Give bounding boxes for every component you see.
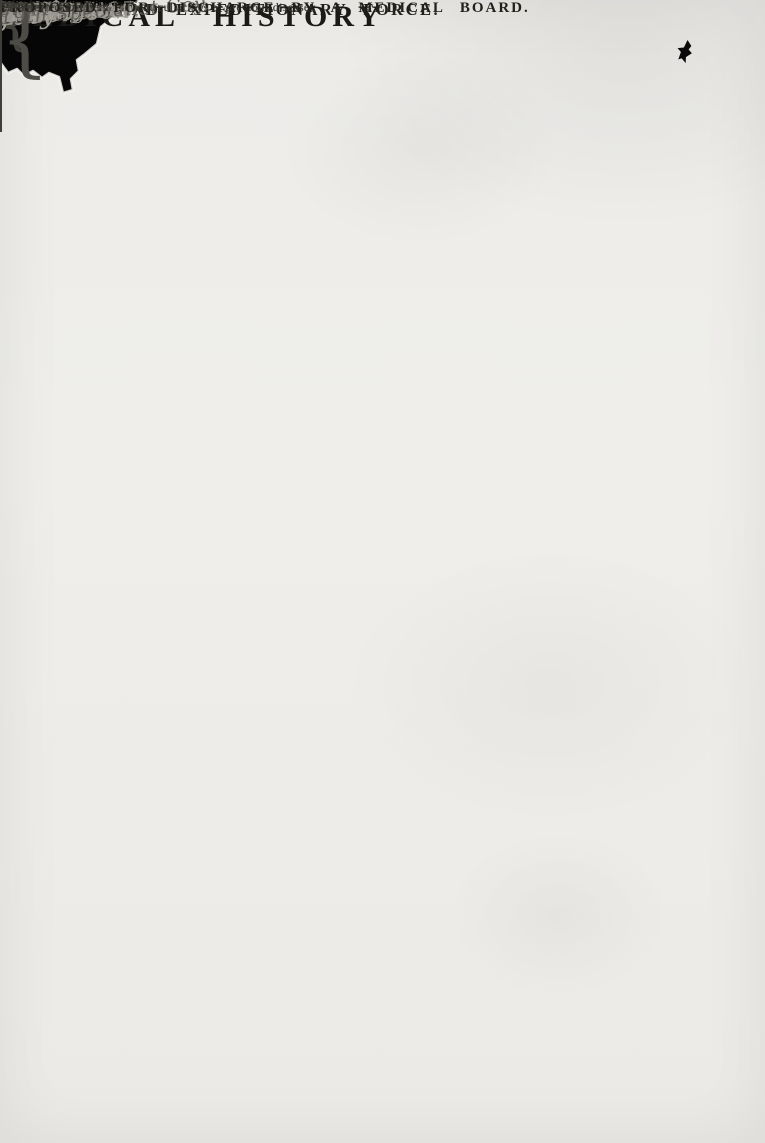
discharge-title: PROPOSED FOR DISCHARGE BY A MEDICAL BOAR…	[0, 0, 530, 17]
discharge-col-line-3	[0, 0, 2, 132]
discharge-col-result: Result.	[0, 0, 28, 11]
ink-blot	[674, 38, 699, 66]
medical-history-form-scan: [Form No. 4. NEW ZEALAND EXPEDITIONARY F…	[0, 0, 765, 1143]
